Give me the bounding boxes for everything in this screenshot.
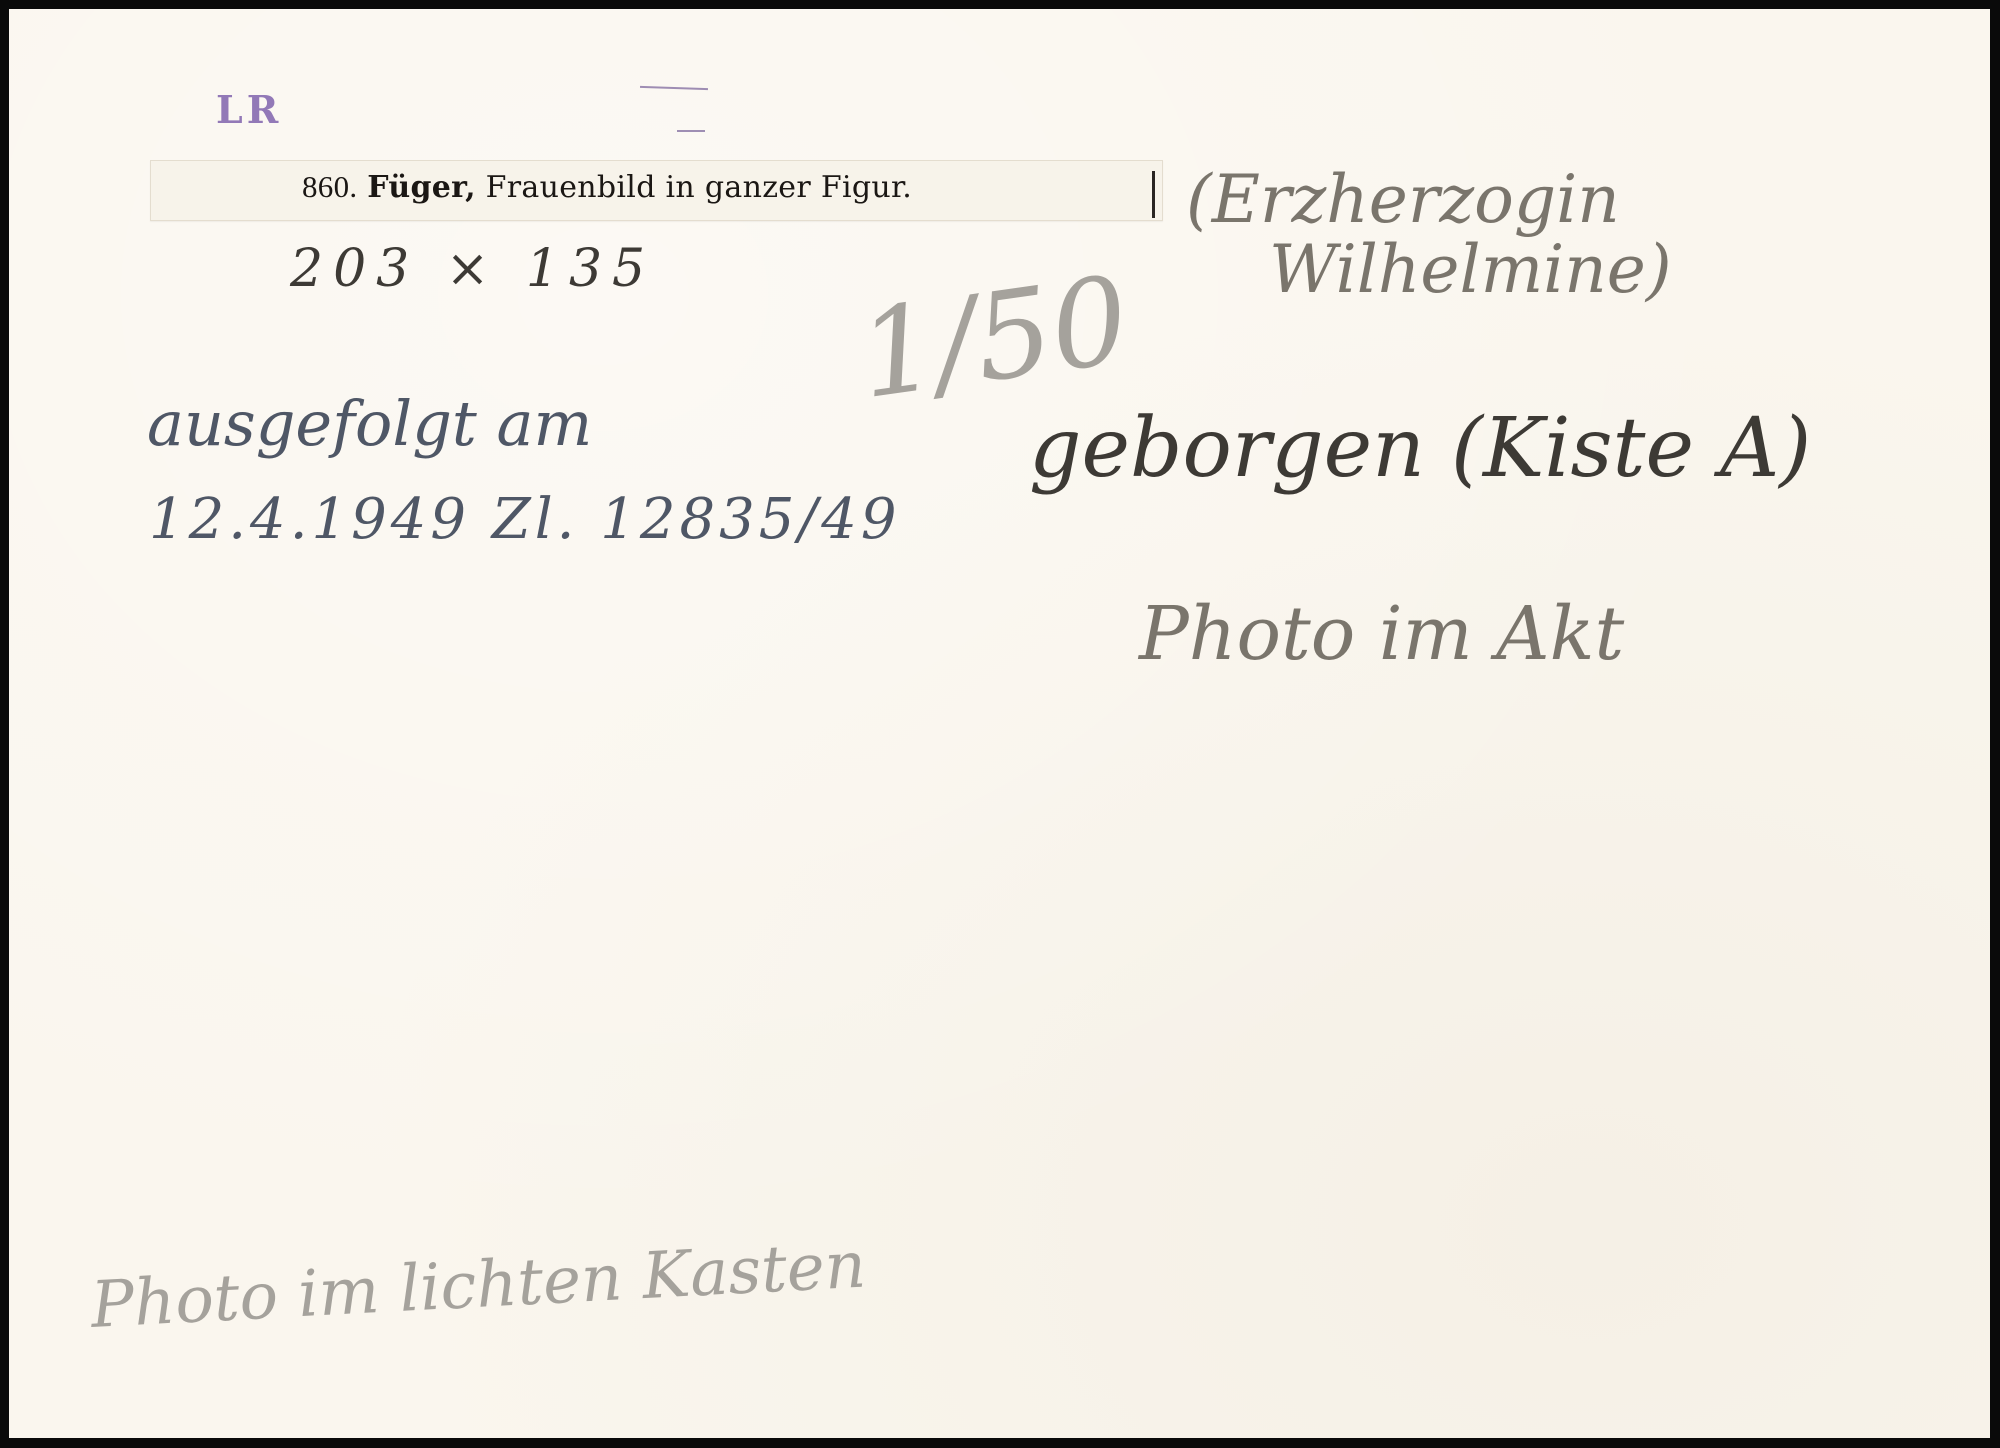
artist-name: Füger,	[367, 170, 476, 205]
subject-note-line2: Wilhelmine)	[1269, 231, 1672, 308]
artwork-title: Frauenbild in ganzer Figur.	[486, 170, 913, 205]
recovered-note: geborgen (Kiste A)	[1029, 401, 1811, 496]
lr-stamp: LR	[216, 87, 282, 132]
catalog-number: 860.	[302, 169, 357, 204]
pencil-photo-note: Photo im lichten Kasten	[89, 1229, 867, 1343]
dimensions-note: 203 × 135	[290, 239, 655, 299]
photo-location-note: Photo im Akt	[1139, 591, 1624, 677]
stamp-mark-dash	[677, 130, 705, 132]
clipping-vertical-rule	[1152, 171, 1155, 218]
released-note-line2: 12.4.1949 Zl. 12835/49	[149, 487, 901, 552]
catalog-entry: 860. Füger, Frauenbild in ganzer Figur.	[302, 169, 912, 205]
archive-index-card: LR 860. Füger, Frauenbild in ganzer Figu…	[9, 9, 1990, 1438]
stamp-mark-line	[640, 86, 708, 90]
pencil-fraction-mark: 1/50	[851, 251, 1137, 426]
released-note-line1: ausgefolgt am	[147, 387, 592, 460]
printed-catalog-clipping: 860. Füger, Frauenbild in ganzer Figur.	[150, 160, 1163, 221]
subject-note-line1: (Erzherzogin	[1186, 161, 1620, 238]
